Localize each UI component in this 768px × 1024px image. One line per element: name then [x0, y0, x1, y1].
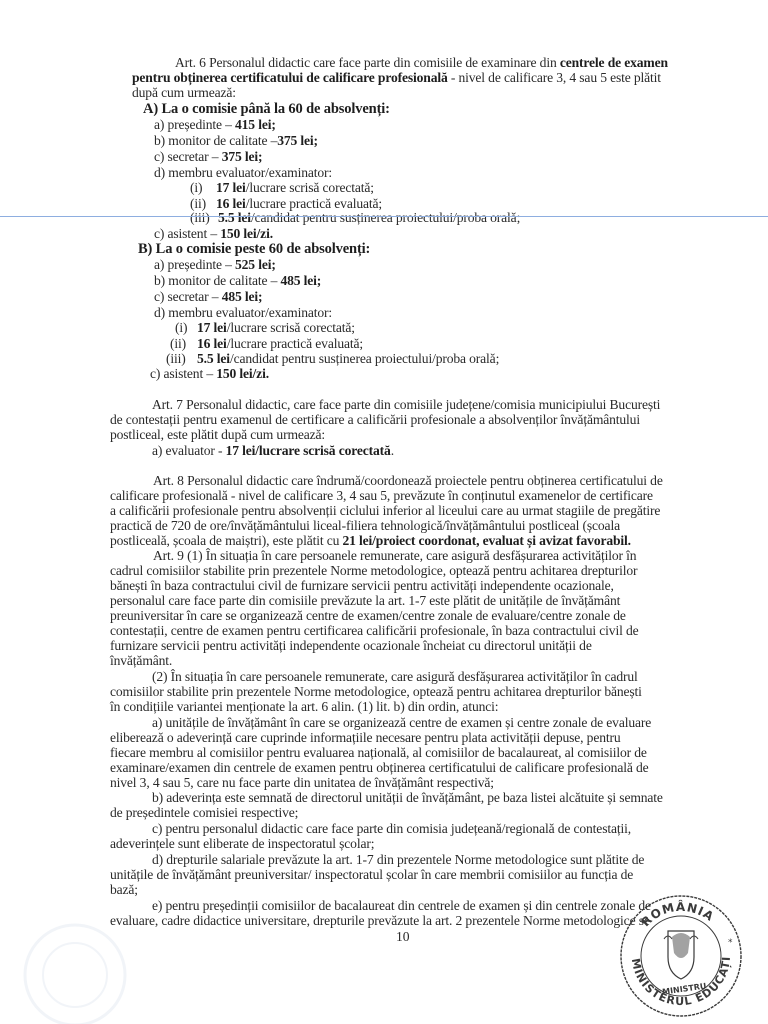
art6-intro-line-3: după cum urmează: [132, 86, 236, 100]
assistant-label: c) asistent – [150, 366, 216, 381]
art9-p2-line-3: în condițiile variantei menționate la ar… [110, 700, 498, 714]
sub-value: 16 lei [197, 336, 227, 351]
art9-p1-line-4: personalul care face parte din comisiile… [110, 594, 620, 608]
art6-intro-line-1: Art. 6 Personalul didactic care face par… [175, 56, 668, 70]
art7-line-2: de contestații pentru examenul de certif… [110, 413, 640, 427]
art6-intro-bold: centrele de examen [560, 55, 668, 70]
item-label: c) secretar – [154, 149, 222, 164]
item-value: 415 lei; [235, 117, 276, 132]
art6-b-item-d: d) membru evaluator/examinator: [154, 306, 332, 320]
art8-line-2: calificare profesională - nivel de calif… [110, 489, 653, 503]
art9-p1-line-8: învățământ. [110, 654, 172, 668]
art8-line-4: practică de 720 de ore/învățământului li… [110, 519, 620, 533]
art9-item-d-line-2: unitățile de învățământ preuniversitar/ … [110, 868, 633, 882]
art9-item-e-line-2: evaluare, cadre didactice universitare, … [110, 914, 650, 928]
sub-text: /candidat pentru susținerea proiectului/… [230, 351, 499, 366]
item-label: a) președinte – [154, 117, 235, 132]
art9-item-b-line-2: de președintele comisiei respective; [110, 806, 298, 820]
sub-label: (ii) [170, 337, 197, 351]
art6-a-item-b: b) monitor de calitate –375 lei; [154, 134, 318, 148]
art6-intro-line-2: pentru obținerea certificatului de calif… [132, 71, 661, 85]
section-a-heading-text: A) La o comisie până la 60 de absolvenți… [143, 101, 390, 117]
art6-b-sub-iii: (iii)5.5 lei/candidat pentru susținerea … [166, 352, 499, 366]
item-label: b) monitor de calitate – [154, 133, 277, 148]
item-label: d) membru evaluator/examinator: [154, 165, 332, 180]
art6-b-item-a: a) președinte – 525 lei; [154, 258, 276, 272]
art6-b-sub-ii: (ii)16 lei/lucrare practică evaluată; [170, 337, 363, 351]
item-value: 525 lei; [235, 257, 276, 272]
assistant-label: c) asistent – [154, 226, 220, 241]
art9-p1-line-1: Art. 9 (1) În situația în care persoanel… [153, 549, 636, 563]
art9-item-e-line-1: e) pentru președinții comisiilor de baca… [152, 899, 651, 913]
sub-text: /candidat pentru susținerea proiectului/… [251, 210, 520, 225]
art9-p1-line-6: contestații, centre de examen pentru cer… [110, 624, 638, 638]
assistant-value: 150 lei/zi. [220, 226, 273, 241]
art6-a-sub-i: (i)17 lei/lucrare scrisă corectată; [190, 181, 374, 195]
ministry-stamp-icon: ROMÂNIA MINISTERUL EDUCAȚIEI * MINISTRU [618, 893, 744, 1019]
sub-label: (iii) [190, 211, 218, 225]
art7-line-1: Art. 7 Personalul didactic, care face pa… [152, 398, 660, 412]
item-value: 485 lei; [222, 289, 263, 304]
art6-b-sub-i: (i)17 lei/lucrare scrisă corectată; [175, 321, 355, 335]
art6-a-assistant: c) asistent – 150 lei/zi. [154, 227, 273, 241]
bleed-through-stamp-icon [20, 920, 130, 1024]
art9-p1-line-5: preuniversitar în care se organizează ce… [110, 609, 626, 623]
art9-item-a-line-5: nivel 3, 4 sau 5, care nu face parte din… [110, 776, 494, 790]
art9-p1-line-2: cadrul comisiilor stabilite prin prezent… [110, 564, 637, 578]
art6-a-sub-ii: (ii)16 lei/lucrare practică evaluată; [190, 197, 382, 211]
art9-p1-line-3: bănești în baza contractului civil de fu… [110, 579, 614, 593]
art9-item-b-line-1: b) adeverința este semnată de directorul… [152, 791, 663, 805]
sub-text: /lucrare practică evaluată; [246, 196, 382, 211]
item-end: . [391, 443, 394, 458]
art6-section-a-heading: A) La o comisie până la 60 de absolvenți… [143, 102, 390, 116]
art6-b-item-c: c) secretar – 485 lei; [154, 290, 262, 304]
item-value: 485 lei; [280, 273, 321, 288]
art8-last-bold: 21 lei/proiect coordonat, evaluat și avi… [343, 533, 631, 548]
item-label: d) membru evaluator/examinator: [154, 305, 332, 320]
sub-value: 17 lei [197, 320, 227, 335]
section-b-heading-text: B) La o comisie peste 60 de absolvenți: [138, 241, 370, 257]
art9-item-c-line-1: c) pentru personalul didactic care face … [152, 822, 631, 836]
art6-b-item-b: b) monitor de calitate – 485 lei; [154, 274, 321, 288]
scanned-document-page: Art. 6 Personalul didactic care face par… [0, 0, 768, 1024]
svg-text:ROMÂNIA: ROMÂNIA [639, 899, 717, 929]
art9-item-a-line-2: eliberează o adeverință care cuprinde in… [110, 731, 621, 745]
art9-p2-line-2: comisiilor stabilite prin prezentele Nor… [110, 685, 642, 699]
sub-value: 16 lei [216, 196, 246, 211]
sub-value: 5.5 lei [197, 351, 230, 366]
art9-item-a-line-1: a) unitățile de învățământ în care se or… [152, 716, 651, 730]
art9-p2-line-1: (2) În situația în care persoanele remun… [152, 670, 638, 684]
sub-value: 5.5 lei [218, 210, 251, 225]
sub-text: /lucrare scrisă corectată; [227, 320, 355, 335]
art6-intro-text: Art. 6 Personalul didactic care face par… [175, 55, 560, 70]
item-value: 375 lei; [277, 133, 318, 148]
item-value: 17 lei/lucrare scrisă corectată [226, 443, 391, 458]
art6-a-item-a: a) președinte – 415 lei; [154, 118, 276, 132]
sub-text: /lucrare practică evaluată; [227, 336, 363, 351]
scan-artifact-line [0, 216, 768, 217]
art8-last-text: postliceală, școala de maiștri), este pl… [110, 533, 343, 548]
assistant-value: 150 lei/zi. [216, 366, 269, 381]
item-label: a) președinte – [154, 257, 235, 272]
art9-item-c-line-2: adeverințele sunt eliberate de inspector… [110, 837, 374, 851]
art7-item-a: a) evaluator - 17 lei/lucrare scrisă cor… [152, 444, 394, 458]
item-label: c) secretar – [154, 289, 222, 304]
art6-intro-text-2: - nivel de calificare 3, 4 sau 5 este pl… [448, 70, 661, 85]
sub-label: (i) [175, 321, 197, 335]
sub-label: (ii) [190, 197, 216, 211]
item-label: a) evaluator - [152, 443, 226, 458]
item-label: b) monitor de calitate – [154, 273, 280, 288]
art6-a-sub-iii: (iii)5.5 lei/candidat pentru susținerea … [190, 211, 520, 225]
page-number: 10 [396, 929, 410, 945]
art9-item-a-line-4: examinare/examen din centrele de examen … [110, 761, 649, 775]
art8-line-1: Art. 8 Personalul didactic care îndrumă/… [153, 474, 663, 488]
art6-a-item-c: c) secretar – 375 lei; [154, 150, 262, 164]
art9-item-d-line-1: d) drepturile salariale prevăzute la art… [152, 853, 644, 867]
art8-line-3: a calificării profesionale pentru absolv… [110, 504, 660, 518]
art9-item-d-line-3: bază; [110, 883, 138, 897]
art6-b-assistant: c) asistent – 150 lei/zi. [150, 367, 269, 381]
sub-text: /lucrare scrisă corectată; [246, 180, 374, 195]
art8-line-5: postliceală, școala de maiștri), este pl… [110, 534, 631, 548]
sub-label: (iii) [166, 352, 197, 366]
item-value: 375 lei; [222, 149, 263, 164]
art7-line-3: postliceal, este plătit după cum urmează… [110, 428, 325, 442]
svg-text:*: * [728, 938, 733, 948]
sub-label: (i) [190, 181, 216, 195]
art9-p1-line-7: furnizare servicii pentru activități ind… [110, 639, 592, 653]
art6-a-item-d: d) membru evaluator/examinator: [154, 166, 332, 180]
art6-section-b-heading: B) La o comisie peste 60 de absolvenți: [138, 242, 370, 256]
sub-value: 17 lei [216, 180, 246, 195]
art9-item-a-line-3: fiecare membru al comisiilor pentru eval… [110, 746, 647, 760]
art6-intro-bold-2: pentru obținerea certificatului de calif… [132, 70, 448, 85]
